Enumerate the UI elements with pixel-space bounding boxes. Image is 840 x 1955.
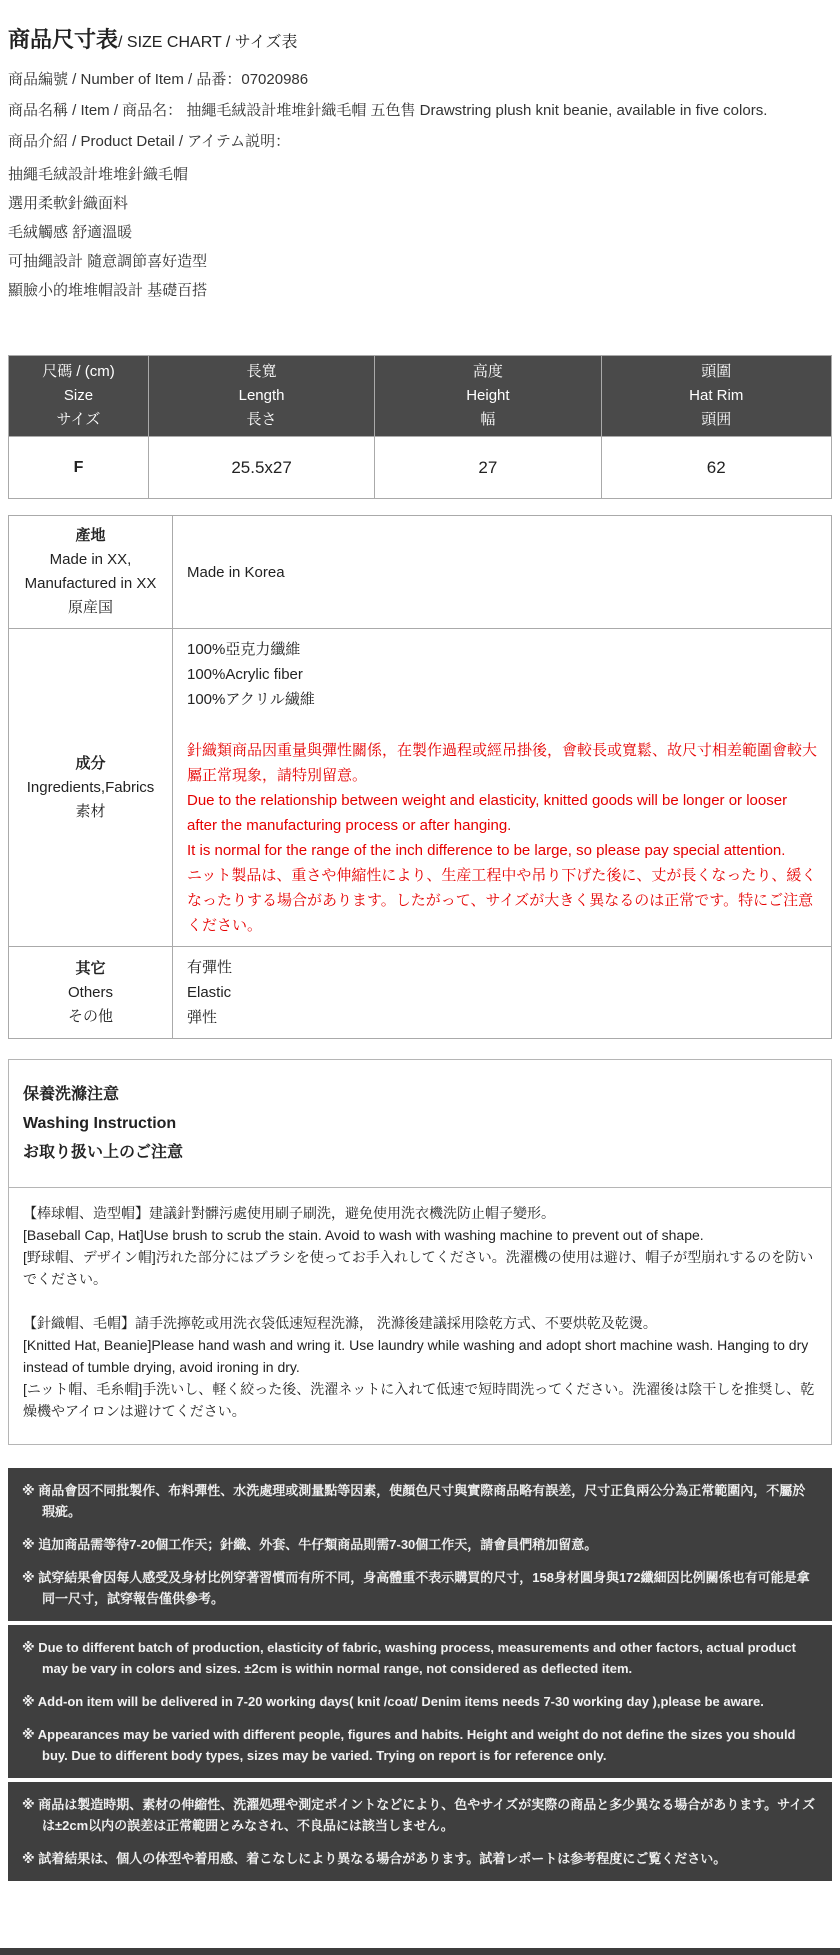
cap-hat-instruction-en: [Baseball Cap, Hat]Use brush to scrub th… [23, 1224, 817, 1246]
washing-body-row: 【棒球帽、造型帽】建議針對髒污處使用刷子刷洗，避免使用洗衣機洗防止帽子變形。 [… [9, 1188, 832, 1445]
ingredients-value: 100%亞克力纖維 100%Acrylic fiber 100%アクリル繊維 針… [173, 629, 832, 947]
washing-body: 【棒球帽、造型帽】建議針對髒污處使用刷子刷洗，避免使用洗衣機洗防止帽子變形。 [… [9, 1188, 832, 1445]
notice-box-jp: ※ 商品は製造時期、素材の伸縮性、洗濯処理や測定ポイントなどにより、色やサイズが… [8, 1782, 832, 1881]
bottom-bar [0, 1948, 840, 1955]
notice-en-item: ※ Appearances may be varied with differe… [22, 1724, 818, 1766]
product-detail-line: 抽繩毛絨設計堆堆針織毛帽 [8, 160, 832, 189]
product-detail-line: 可抽繩設計 隨意調節喜好造型 [8, 247, 832, 276]
height-col-header-en: Height [377, 384, 598, 408]
ingredients-label-en: Ingredients,Fabrics [15, 776, 166, 800]
origin-label-en: Made in XX, Manufactured in XX [15, 548, 166, 596]
size-col-header-en: Size [11, 384, 146, 408]
notice-en-item: ※ Add-on item will be delivered in 7-20 … [22, 1691, 818, 1712]
cap-hat-instructions: 【棒球帽、造型帽】建議針對髒污處使用刷子刷洗，避免使用洗衣機洗防止帽子變形。 [… [23, 1202, 817, 1290]
knit-beanie-instructions: 【針織帽、毛帽】請手洗擰乾或用洗衣袋低速短程洗滌， 洗滌後建議採用陰乾方式、不要… [23, 1312, 817, 1422]
length-col-header: 長寬 Length 長さ [148, 356, 374, 437]
ingredients-row: 成分 Ingredients,Fabrics 素材 100%亞克力纖維 100%… [9, 629, 832, 947]
washing-heading-zh: 保養洗滌注意 [23, 1080, 817, 1109]
fiber-content-jp: 100%アクリル繊維 [187, 687, 817, 712]
size-value: F [9, 437, 149, 499]
hat-rim-value: 62 [601, 437, 831, 499]
height-col-header-zh: 高度 [377, 360, 598, 384]
size-col-header: 尺碼 / (cm) Size サイズ [9, 356, 149, 437]
washing-instruction-section: 保養洗滌注意 Washing Instruction お取り扱い上のご注意 【棒… [8, 1059, 832, 1445]
page-content: 商品尺寸表/ SIZE CHART / サイズ表 商品編號 / Number o… [0, 0, 840, 1881]
size-col-header-zh: 尺碼 / (cm) [11, 360, 146, 384]
hat-rim-col-header-jp: 頭囲 [604, 408, 829, 432]
others-value-en: Elastic [187, 980, 817, 1005]
hat-rim-col-header-en: Hat Rim [604, 384, 829, 408]
notice-en-item: ※ Due to different batch of production, … [22, 1637, 818, 1679]
length-col-header-jp: 長さ [151, 408, 372, 432]
size-col-header-jp: サイズ [11, 408, 146, 432]
fiber-content-en: 100%Acrylic fiber [187, 662, 817, 687]
others-label-zh: 其它 [15, 957, 166, 981]
knitwear-warning-jp: ニット製品は、重さや伸縮性により、生産工程中や吊り下げた後に、丈が長くなったり、… [187, 863, 817, 938]
page-title-suffix: / SIZE CHART / サイズ表 [118, 34, 298, 51]
washing-heading-en: Washing Instruction [23, 1109, 817, 1138]
others-label: 其它 Others その他 [9, 947, 173, 1039]
length-value: 25.5x27 [148, 437, 374, 499]
length-col-header-zh: 長寬 [151, 360, 372, 384]
size-chart-value-row: F 25.5x27 27 62 [9, 437, 832, 499]
washing-heading: 保養洗滌注意 Washing Instruction お取り扱い上のご注意 [9, 1060, 832, 1188]
others-label-en: Others [15, 981, 166, 1005]
product-detail-table: 產地 Made in XX, Manufactured in XX 原産国 Ma… [8, 515, 832, 1039]
origin-value: Made in Korea [173, 516, 832, 629]
knit-beanie-instruction-jp: [ニット帽、毛糸帽]手洗いし、軽く絞った後、洗濯ネットに入れて低速で短時間洗って… [23, 1378, 817, 1422]
page-title: 商品尺寸表/ SIZE CHART / サイズ表 [8, 18, 832, 55]
others-value-jp: 弾性 [187, 1005, 817, 1030]
knit-beanie-instruction-en: [Knitted Hat, Beanie]Please hand wash an… [23, 1334, 817, 1378]
notice-box-zh: ※ 商品會因不同批製作、布料彈性、水洗處理或測量點等因素，使顏色尺寸與實際商品略… [8, 1468, 832, 1621]
knitwear-warning-en-2: It is normal for the range of the inch d… [187, 838, 817, 863]
length-col-header-en: Length [151, 384, 372, 408]
notice-box-en: ※ Due to different batch of production, … [8, 1625, 832, 1778]
hat-rim-col-header-zh: 頭圍 [604, 360, 829, 384]
knitwear-warning-en-1: Due to the relationship between weight a… [187, 788, 817, 838]
cap-hat-instruction-zh: 【棒球帽、造型帽】建議針對髒污處使用刷子刷洗，避免使用洗衣機洗防止帽子變形。 [23, 1202, 817, 1224]
others-value: 有彈性 Elastic 弾性 [173, 947, 832, 1039]
others-row: 其它 Others その他 有彈性 Elastic 弾性 [9, 947, 832, 1039]
notice-zh-item: ※ 商品會因不同批製作、布料彈性、水洗處理或測量點等因素，使顏色尺寸與實際商品略… [22, 1480, 818, 1522]
ingredients-label: 成分 Ingredients,Fabrics 素材 [9, 629, 173, 947]
notice-jp-item: ※ 試着結果は、個人の体型や着用感、着こなしにより異なる場合があります。試着レポ… [22, 1848, 818, 1869]
product-size-chart-page: 商品尺寸表/ SIZE CHART / サイズ表 商品編號 / Number o… [0, 0, 840, 1955]
product-detail-line: 顯臉小的堆堆帽設計 基礎百搭 [8, 276, 832, 305]
item-name-line: 商品名稱 / Item / 商品名： 抽繩毛絨設計堆堆針織毛帽 五色售 Draw… [8, 98, 832, 124]
notice-zh-item: ※ 追加商品需等待7-20個工作天；針織、外套、牛仔類商品則需7-30個工作天，… [22, 1534, 818, 1555]
page-title-zh: 商品尺寸表 [8, 27, 118, 52]
height-col-header: 高度 Height 幅 [375, 356, 601, 437]
origin-label: 產地 Made in XX, Manufactured in XX 原産国 [9, 516, 173, 629]
fiber-content-zh: 100%亞克力纖維 [187, 637, 817, 662]
origin-label-zh: 產地 [15, 524, 166, 548]
others-value-zh: 有彈性 [187, 955, 817, 980]
height-value: 27 [375, 437, 601, 499]
washing-heading-jp: お取り扱い上のご注意 [23, 1138, 817, 1167]
product-detail-line: 毛絨觸感 舒適溫暖 [8, 218, 832, 247]
fiber-content-lines: 100%亞克力纖維 100%Acrylic fiber 100%アクリル繊維 [187, 637, 817, 712]
others-label-jp: その他 [15, 1005, 166, 1029]
knitwear-warning-zh: 針織類商品因重量與彈性關係，在製作過程或經吊掛後，會較長或寬鬆、故尺寸相差範圍會… [187, 738, 817, 788]
origin-label-jp: 原産国 [15, 596, 166, 620]
origin-row: 產地 Made in XX, Manufactured in XX 原産国 Ma… [9, 516, 832, 629]
ingredients-label-jp: 素材 [15, 800, 166, 824]
washing-heading-row: 保養洗滌注意 Washing Instruction お取り扱い上のご注意 [9, 1060, 832, 1188]
ingredients-label-zh: 成分 [15, 752, 166, 776]
size-chart-table: 尺碼 / (cm) Size サイズ 長寬 Length 長さ 高度 Heigh… [8, 355, 832, 499]
cap-hat-instruction-jp: [野球帽、デザイン帽]汚れた部分にはブラシを使ってお手入れしてください。洗濯機の… [23, 1246, 817, 1290]
hat-rim-col-header: 頭圍 Hat Rim 頭囲 [601, 356, 831, 437]
notice-jp-item: ※ 商品は製造時期、素材の伸縮性、洗濯処理や測定ポイントなどにより、色やサイズが… [22, 1794, 818, 1836]
height-col-header-jp: 幅 [377, 408, 598, 432]
knit-beanie-instruction-zh: 【針織帽、毛帽】請手洗擰乾或用洗衣袋低速短程洗滌， 洗滌後建議採用陰乾方式、不要… [23, 1312, 817, 1334]
knitwear-warning: 針織類商品因重量與彈性關係，在製作過程或經吊掛後，會較長或寬鬆、故尺寸相差範圍會… [187, 738, 817, 938]
notice-zh-item: ※ 試穿結果會因每人感受及身材比例穿著習慣而有所不同，身高體重不表示購買的尺寸，… [22, 1567, 818, 1609]
product-detail-line: 選用柔軟針織面料 [8, 189, 832, 218]
size-chart-header-row: 尺碼 / (cm) Size サイズ 長寬 Length 長さ 高度 Heigh… [9, 356, 832, 437]
product-detail-heading: 商品介紹 / Product Detail / アイテム説明： [8, 129, 832, 155]
item-number-line: 商品編號 / Number of Item / 品番：07020986 [8, 67, 832, 93]
